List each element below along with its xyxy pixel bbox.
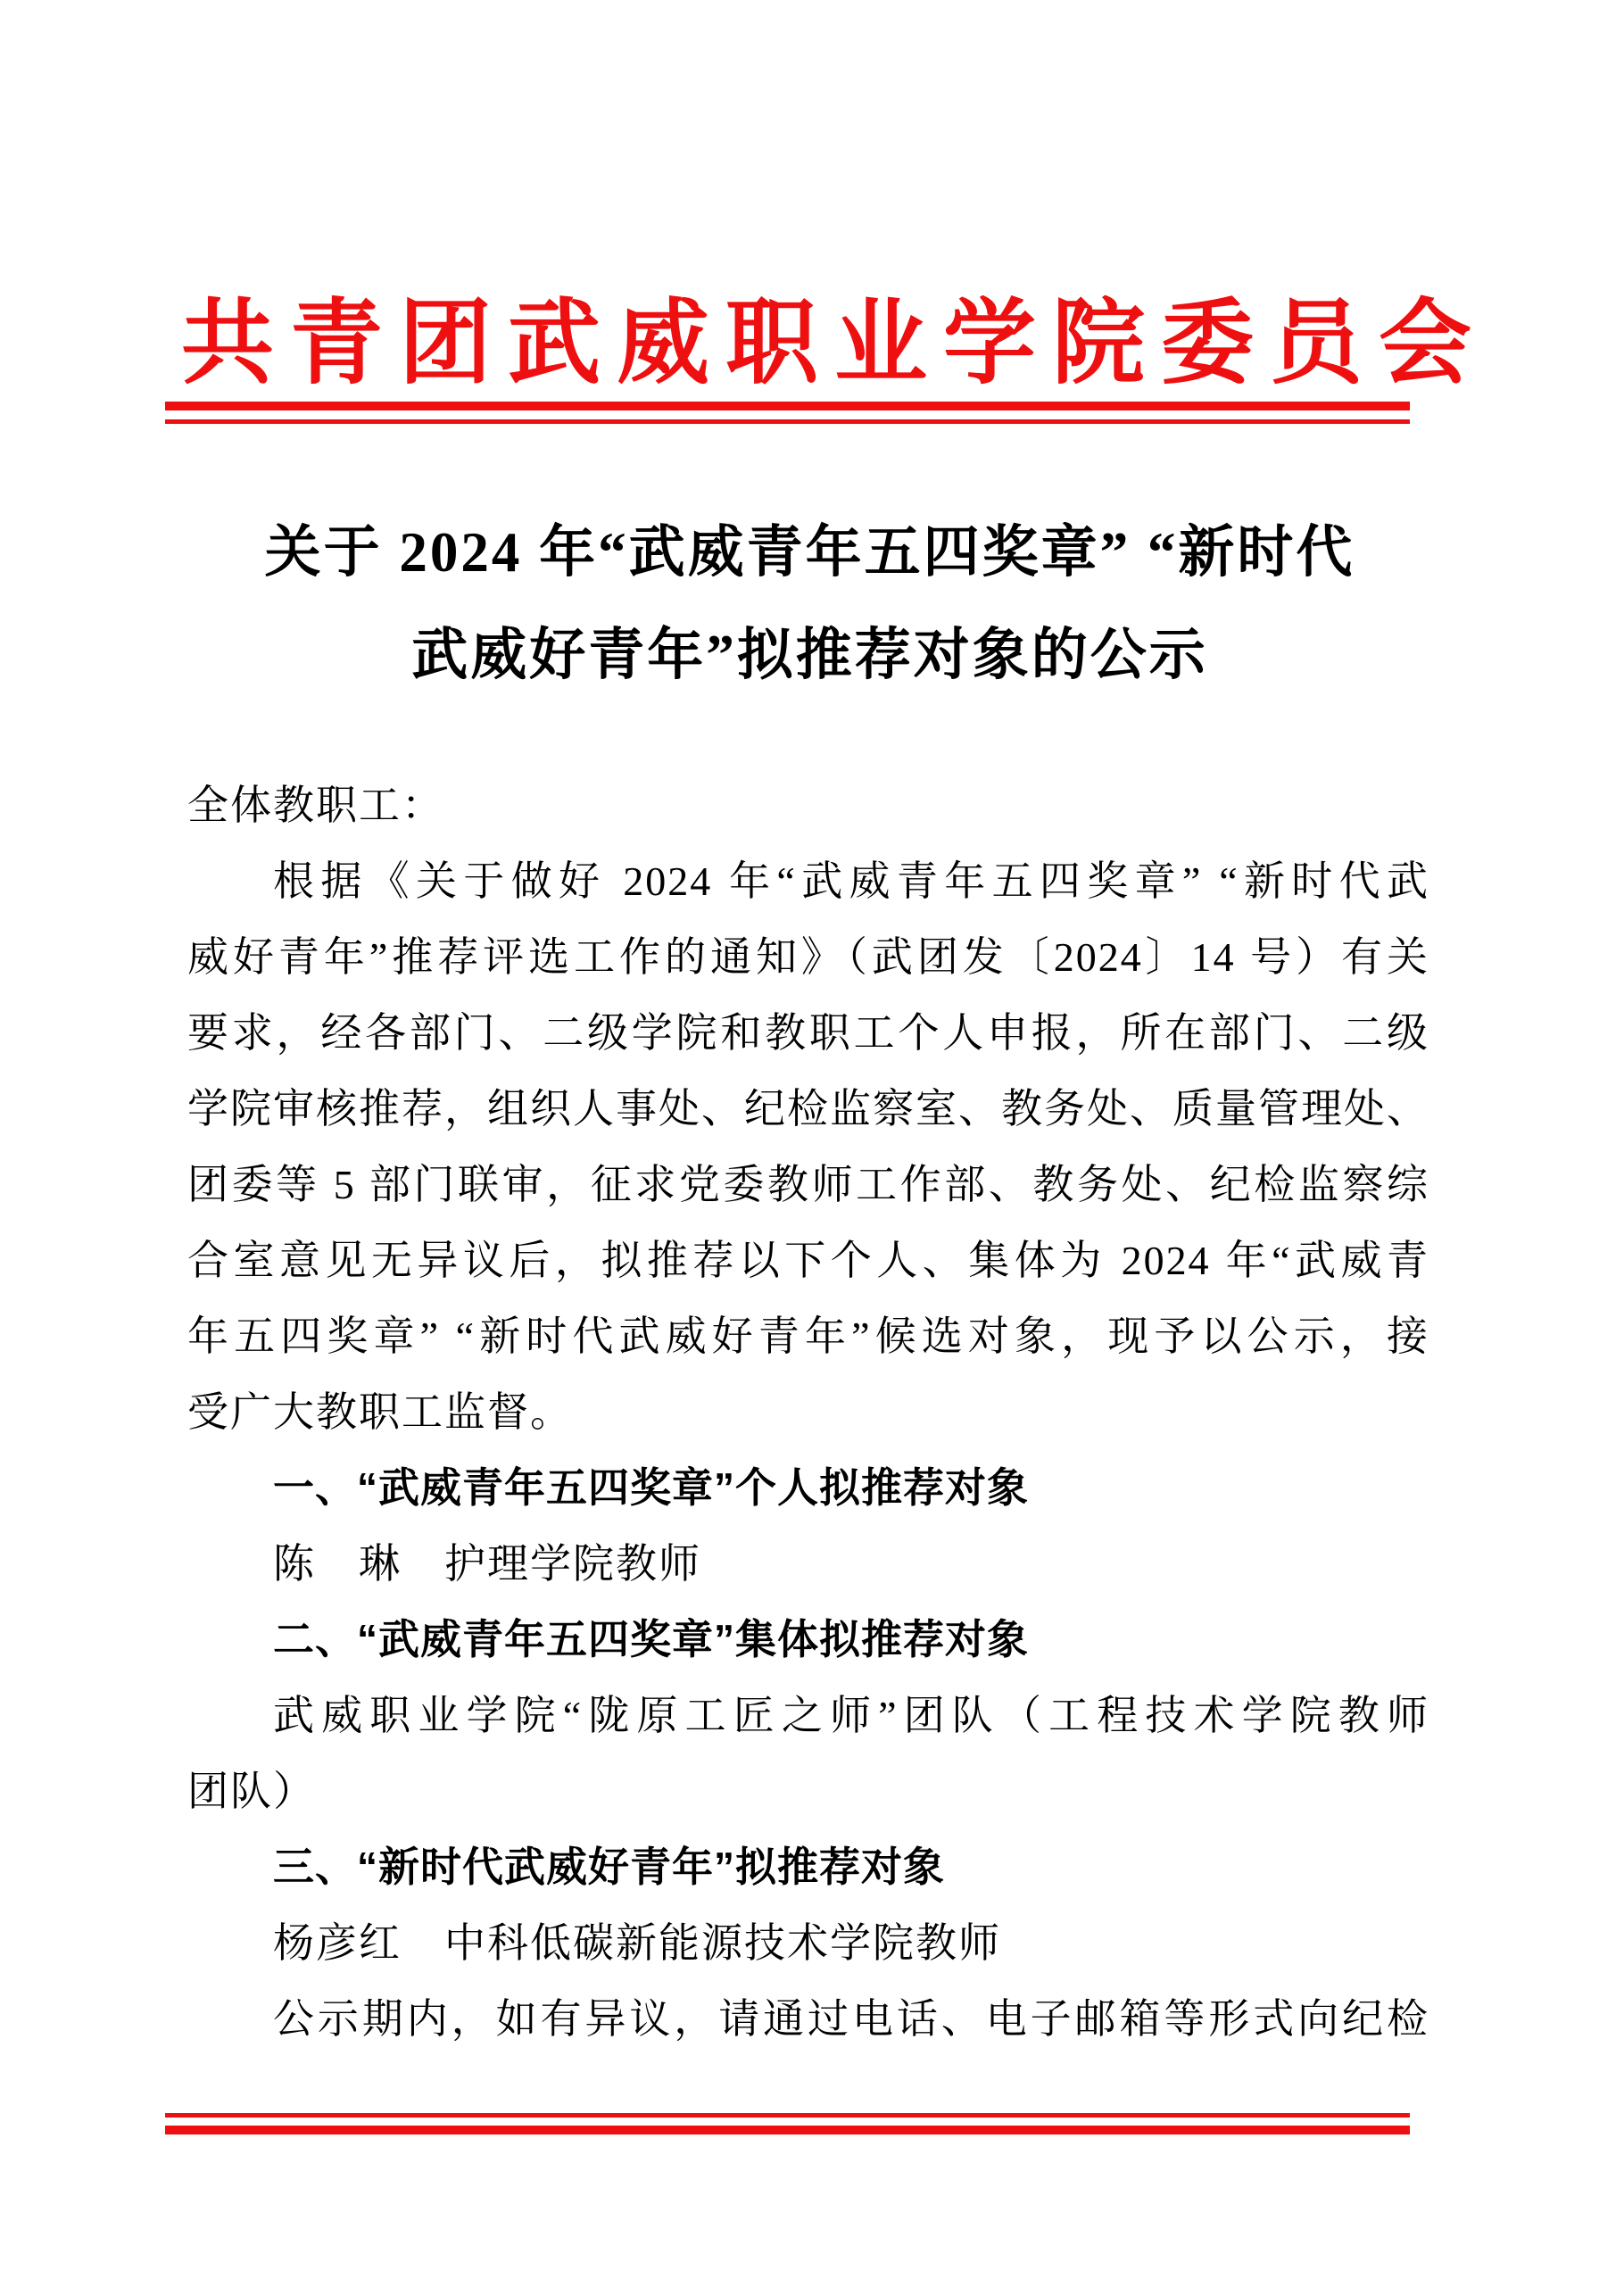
document-title-line-2: 武威好青年”拟推荐对象的公示 [187, 604, 1432, 707]
text-line: 要求，经各部门、二级学院和教职工个人申报，所在部门、二级 [187, 995, 1429, 1071]
text-line: 二、“武威青年五四奖章”集体拟推荐对象 [187, 1602, 1429, 1678]
text-line: 团队） [187, 1753, 1429, 1829]
text-line: 三、“新时代武威好青年”拟推荐对象 [187, 1829, 1429, 1905]
text-line: 年五四奖章” “新时代武威好青年”候选对象，现予以公示，接 [187, 1298, 1429, 1374]
text-line: 全体教职工： [187, 767, 1429, 843]
text-line: 根据《关于做好 2024 年“武威青年五四奖章” “新时代武 [187, 843, 1429, 919]
text-line: 杨彦红 中科低碳新能源技术学院教师 [187, 1905, 1429, 1981]
masthead-title: 共青团武威职业学院委员会 [165, 291, 1410, 398]
text-line: 威好青年”推荐评选工作的通知》（武团发〔2024〕14 号）有关 [187, 919, 1429, 995]
footer-rule-thick [165, 2126, 1410, 2134]
text-line: 学院审核推荐，组织人事处、纪检监察室、教务处、质量管理处、 [187, 1071, 1429, 1147]
document-title: 关于 2024 年“武威青年五四奖章” “新时代 武威好青年”拟推荐对象的公示 [187, 501, 1432, 707]
text-line: 陈 琳 护理学院教师 [187, 1526, 1429, 1602]
footer-rule-thin [165, 2113, 1410, 2118]
text-line: 一、“武威青年五四奖章”个人拟推荐对象 [187, 1450, 1429, 1526]
document-page: 共青团武威职业学院委员会 关于 2024 年“武威青年五四奖章” “新时代 武威… [0, 0, 1624, 2296]
header-rule-thin [165, 419, 1410, 424]
text-line: 受广大教职工监督。 [187, 1374, 1429, 1450]
text-line: 团委等 5 部门联审，征求党委教师工作部、教务处、纪检监察综 [187, 1147, 1429, 1223]
document-title-line-1: 关于 2024 年“武威青年五四奖章” “新时代 [187, 501, 1432, 604]
header-rule-thick [165, 402, 1410, 410]
text-line: 合室意见无异议后，拟推荐以下个人、集体为 2024 年“武威青 [187, 1223, 1429, 1298]
text-line: 武威职业学院“陇原工匠之师”团队（工程技术学院教师 [187, 1678, 1429, 1753]
body-text: 全体教职工：根据《关于做好 2024 年“武威青年五四奖章” “新时代武威好青年… [187, 767, 1429, 2057]
text-line: 公示期内，如有异议，请通过电话、电子邮箱等形式向纪检 [187, 1981, 1429, 2057]
